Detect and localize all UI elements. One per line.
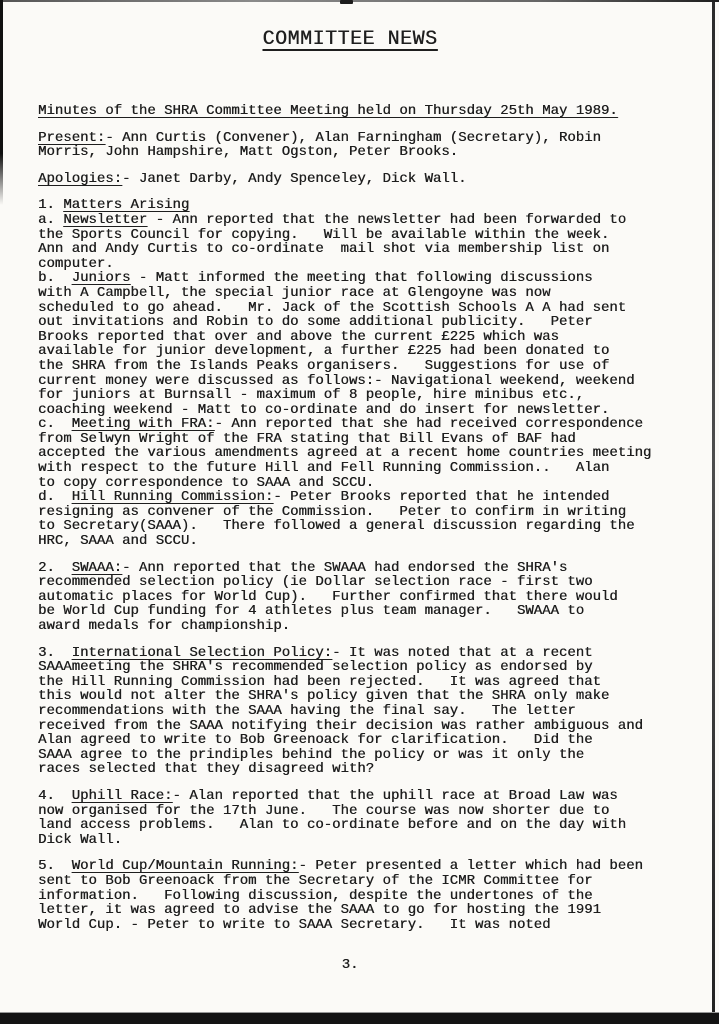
apologies-line: Apologies:- Janet Darby, Andy Spenceley,… (38, 172, 662, 187)
paragraph-prefix: a. (38, 212, 63, 228)
page-number: 3. (38, 958, 662, 973)
paragraph-label: World Cup/Mountain Running: (72, 858, 299, 874)
paragraph-prefix: 1. (38, 197, 63, 213)
document-title: COMMITTEE NEWS (38, 28, 662, 52)
item-a-newsletter: a. Newsletter - Ann reported that the ne… (38, 213, 662, 271)
paragraph-prefix: c. (38, 416, 72, 432)
scan-edge-right (712, 2, 715, 1013)
document-content: COMMITTEE NEWS Minutes of the SHRA Commi… (38, 0, 662, 973)
paragraph-label: SWAAA: (72, 560, 122, 576)
paragraph-prefix: 3. (38, 645, 72, 661)
item-c-meeting-with-fra: c. Meeting with FRA:- Ann reported that … (38, 417, 662, 490)
scan-edge-bottom (0, 1012, 719, 1024)
paragraph-prefix: 2. (38, 560, 72, 576)
minutes-body: Present:- Ann Curtis (Convener), Alan Fa… (38, 131, 662, 933)
scan-edge-left (0, 0, 3, 205)
section-1-header: 1. Matters Arising (38, 198, 662, 213)
scanned-document-page: COMMITTEE NEWS Minutes of the SHRA Commi… (0, 0, 719, 1024)
paragraph-text: - Matt informed the meeting that followi… (38, 270, 635, 417)
paragraph-prefix: 4. (38, 788, 72, 804)
paragraph-label: Present: (38, 130, 105, 146)
meeting-heading-text: Minutes of the SHRA Committee Meeting he… (38, 103, 618, 119)
paragraph-prefix: b. (38, 270, 72, 286)
paragraph-prefix: 5. (38, 858, 72, 874)
paragraph-label: Meeting with FRA: (72, 416, 215, 432)
document-title-text: COMMITTEE NEWS (262, 28, 437, 51)
section-2-swaaa: 2. SWAAA:- Ann reported that the SWAAA h… (38, 561, 662, 634)
paragraph-label: Apologies: (38, 171, 122, 187)
paragraph-text: - Ann reported that the SWAAA had endors… (38, 560, 618, 634)
paragraph-text: - It was noted that at a recent SAAAmeet… (38, 645, 643, 778)
paragraph-label: Newsletter (63, 212, 147, 228)
paragraph-label: Hill Running Commission: (72, 489, 274, 505)
section-4-uphill-race: 4. Uphill Race:- Alan reported that the … (38, 789, 662, 847)
paragraph-label: Matters Arising (63, 197, 189, 213)
paragraph-text: - Ann Curtis (Convener), Alan Farningham… (38, 130, 601, 161)
section-5-world-cup-mountain-running: 5. World Cup/Mountain Running:- Peter pr… (38, 859, 662, 932)
paragraph-label: Juniors (72, 270, 131, 286)
paragraph-label: Uphill Race: (72, 788, 173, 804)
meeting-heading: Minutes of the SHRA Committee Meeting he… (38, 104, 662, 119)
item-d-hill-running-commission: d. Hill Running Commission:- Peter Brook… (38, 490, 662, 548)
paragraph-prefix: d. (38, 489, 72, 505)
paragraph-label: International Selection Policy: (72, 645, 332, 661)
section-3-international-selection-policy: 3. International Selection Policy:- It w… (38, 646, 662, 777)
paragraph-text: - Janet Darby, Andy Spenceley, Dick Wall… (122, 171, 466, 187)
present-line: Present:- Ann Curtis (Convener), Alan Fa… (38, 131, 662, 160)
item-b-juniors: b. Juniors - Matt informed the meeting t… (38, 271, 662, 417)
